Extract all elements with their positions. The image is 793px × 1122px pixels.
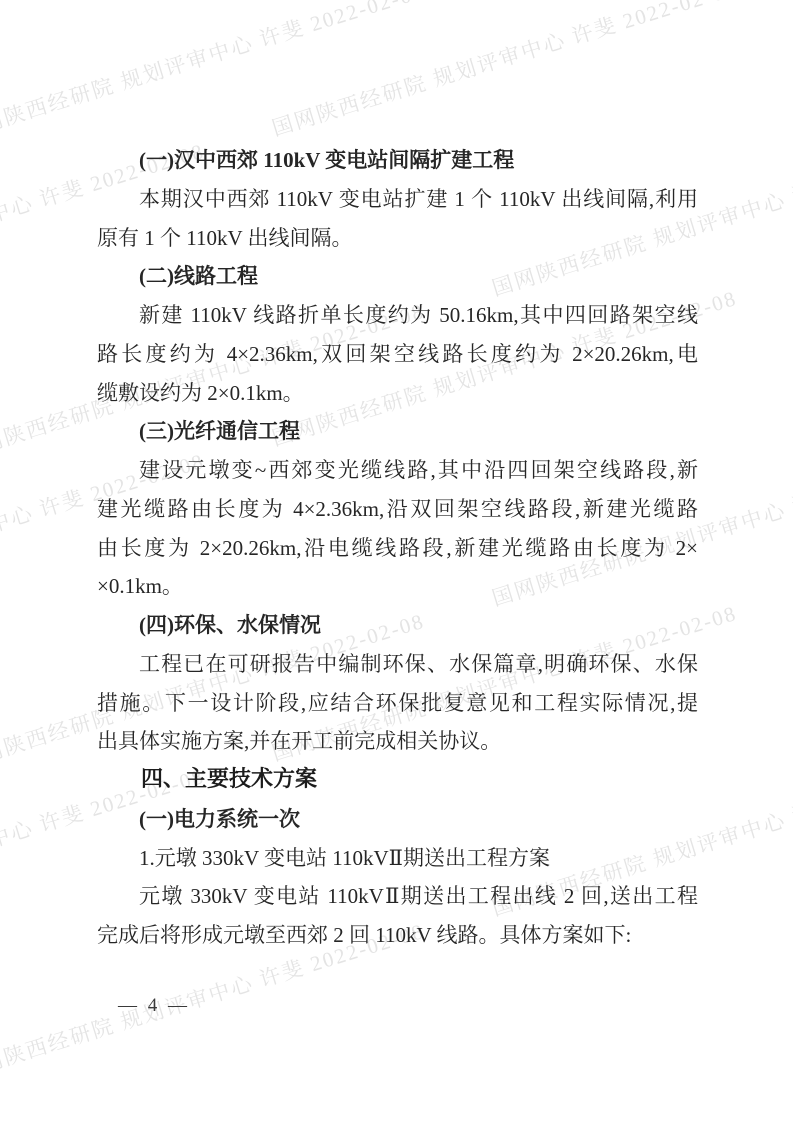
- document-page: 国网陕西经研院 规划评审中心 许斐 2022-02-08国网陕西经研院 规划评审…: [0, 0, 793, 1122]
- text-line: 完成后将形成元墩至西郊 2 回 110kV 线路。具体方案如下:: [97, 916, 698, 955]
- document-body: (一)汉中西郊 110kV 变电站间隔扩建工程 本期汉中西郊 110kV 变电站…: [97, 141, 698, 955]
- watermark-text: 国网陕西经研院 规划评审中心 许斐 2022-02-08: [0, 0, 427, 143]
- text-line: 措施。下一设计阶段,应结合环保批复意见和工程实际情况,提: [97, 684, 698, 723]
- text-line: 工程已在可研报告中编制环保、水保篇章,明确环保、水保: [97, 645, 698, 684]
- section-heading: (三)光纤通信工程: [97, 412, 698, 451]
- section-heading: (二)线路工程: [97, 257, 698, 296]
- chapter-heading: 四、主要技术方案: [97, 761, 698, 800]
- text-line: ×0.1km。: [97, 567, 698, 606]
- text-line: 新建 110kV 线路折单长度约为 50.16km,其中四回路架空线: [97, 296, 698, 335]
- section-heading: (四)环保、水保情况: [97, 606, 698, 645]
- watermark-text: 国网陕西经研院 规划评审中心 许斐 2022-02-08: [269, 0, 740, 141]
- section-heading: (一)电力系统一次: [97, 800, 698, 839]
- section-heading: (一)汉中西郊 110kV 变电站间隔扩建工程: [97, 141, 698, 180]
- text-line: 1.元墩 330kV 变电站 110kVⅡ期送出工程方案: [97, 839, 698, 878]
- watermark-row: 国网陕西经研院 规划评审中心 许斐 2022-02-08国网陕西经研院 规划评审…: [0, 0, 793, 145]
- text-line: 由长度为 2×20.26km,沿电缆线路段,新建光缆路由长度为 2×: [97, 529, 698, 568]
- text-line: 本期汉中西郊 110kV 变电站扩建 1 个 110kV 出线间隔,利用: [97, 180, 698, 219]
- page-number: — 4 —: [118, 995, 190, 1017]
- text-line: 路长度约为 4×2.36km,双回架空线路长度约为 2×20.26km,电: [97, 335, 698, 374]
- text-line: 元墩 330kV 变电站 110kVⅡ期送出工程出线 2 回,送出工程: [97, 877, 698, 916]
- text-line: 建光缆路由长度为 4×2.36km,沿双回架空线路段,新建光缆路: [97, 490, 698, 529]
- text-line: 原有 1 个 110kV 出线间隔。: [97, 219, 698, 258]
- text-line: 建设元墩变~西郊变光缆线路,其中沿四回架空线路段,新: [97, 451, 698, 490]
- text-line: 出具体实施方案,并在开工前完成相关协议。: [97, 722, 698, 761]
- text-line: 缆敷设约为 2×0.1km。: [97, 374, 698, 413]
